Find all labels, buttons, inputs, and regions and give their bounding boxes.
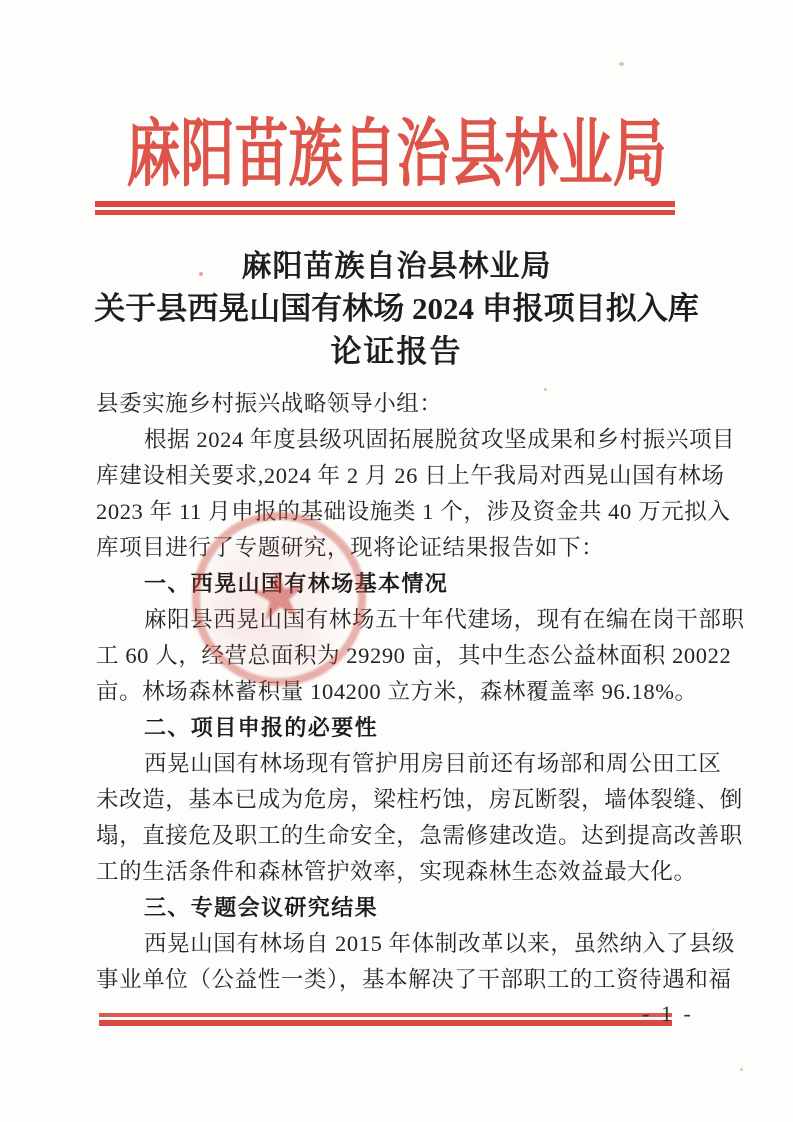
- letterhead-rule-bottom: [95, 210, 675, 215]
- section-heading-1: 一、西晃山国有林场基本情况: [96, 566, 708, 602]
- body-line: 麻阳县西晃山国有林场五十年代建场，现有在编在岗干部职: [96, 602, 708, 638]
- document-title-line-2: 关于县西晃山国有林场 2024 申报项目拟入库: [0, 287, 793, 330]
- body-line: 西晃山国有林场现有管护用房目前还有场部和周公田工区: [96, 746, 708, 782]
- body-line: 亩。林场森林蓄积量 104200 立方米，森林覆盖率 96.18%。: [96, 674, 708, 710]
- body-line: 工的生活条件和森林管护效率，实现森林生态效益最大化。: [96, 854, 708, 890]
- body-text: 县委实施乡村振兴战略领导小组： 根据 2024 年度县级巩固拓展脱贫攻坚成果和乡…: [96, 386, 708, 998]
- salutation-line: 县委实施乡村振兴战略领导小组：: [96, 386, 708, 422]
- scan-noise-speck: [544, 388, 547, 391]
- section-heading-2: 二、项目申报的必要性: [96, 710, 708, 746]
- document-page: 麻阳苗族自治县林业局 麻阳苗族自治县林业局 关于县西晃山国有林场 2024 申报…: [0, 0, 793, 1122]
- body-line: 库项目进行了专题研究，现将论证结果报告如下：: [96, 530, 708, 566]
- body-line: 未改造，基本已成为危房，梁柱朽蚀，房瓦断裂，墙体裂缝、倒: [96, 782, 708, 818]
- scan-noise-speck: [619, 62, 624, 66]
- body-line: 2023 年 11 月申报的基础设施类 1 个，涉及资金共 40 万元拟入: [96, 494, 708, 530]
- body-line: 事业单位（公益性一类），基本解决了干部职工的工资待遇和福: [96, 962, 708, 998]
- body-line: 西晃山国有林场自 2015 年体制改革以来，虽然纳入了县级: [96, 926, 708, 962]
- footer-rule-top: [99, 1013, 672, 1017]
- scan-noise-speck: [199, 272, 203, 276]
- body-line: 塌，直接危及职工的生命安全，急需修建改造。达到提高改善职: [96, 818, 708, 854]
- document-title: 麻阳苗族自治县林业局 关于县西晃山国有林场 2024 申报项目拟入库 论证报告: [0, 247, 793, 374]
- footer-rule-bottom: [99, 1020, 672, 1026]
- body-line: 库建设相关要求,2024 年 2 月 26 日上午我局对西晃山国有林场: [96, 458, 708, 494]
- letterhead-title: 麻阳苗族自治县林业局: [107, 114, 686, 196]
- letterhead-rule-top: [95, 201, 675, 207]
- body-line: 根据 2024 年度县级巩固拓展脱贫攻坚成果和乡村振兴项目: [96, 422, 708, 458]
- scan-noise-speck: [740, 1068, 743, 1071]
- section-heading-3: 三、专题会议研究结果: [96, 890, 708, 926]
- scan-noise-speck: [712, 928, 715, 931]
- body-line: 工 60 人，经营总面积为 29290 亩，其中生态公益林面积 20022: [96, 638, 708, 674]
- document-title-line-3: 论证报告: [0, 330, 793, 374]
- page-number: - 1 -: [632, 1002, 704, 1026]
- document-title-line-1: 麻阳苗族自治县林业局: [0, 247, 793, 287]
